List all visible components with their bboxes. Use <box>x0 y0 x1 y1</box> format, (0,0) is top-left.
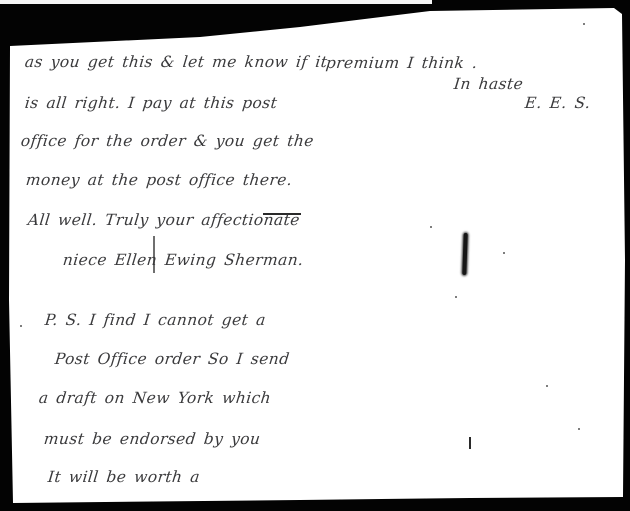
speck <box>20 325 22 327</box>
scanner-background-strip <box>0 0 432 4</box>
letter-line: as you get this & let me know if it <box>24 53 328 71</box>
letter-line: premium I think . <box>325 54 478 72</box>
stray-stroke-mark <box>469 437 471 449</box>
scanned-letter: as you get this & let me know if it is a… <box>0 0 630 511</box>
speck <box>583 23 585 25</box>
signature-line: niece Ellen Ewing Sherman. <box>62 251 304 269</box>
speck <box>430 226 432 228</box>
speck <box>455 296 457 298</box>
speck <box>546 385 548 387</box>
postscript-line: It will be worth a <box>47 468 201 486</box>
postscript-line: a draft on New York which <box>38 389 272 407</box>
closing-line: In haste <box>453 75 524 93</box>
initials-line: E. E. S. <box>524 94 591 112</box>
letter-line: All well. Truly your affectionate <box>27 211 301 229</box>
speck <box>578 428 580 430</box>
postscript-line: must be endorsed by you <box>43 430 261 448</box>
speck <box>503 252 505 254</box>
postscript-line: Post Office order So I send <box>54 350 290 368</box>
letter-line: is all right. I pay at this post <box>24 94 278 112</box>
postscript-line: P. S. I find I cannot get a <box>44 311 267 329</box>
letter-line: money at the post office there. <box>25 171 293 189</box>
letter-line: office for the order & you get the <box>20 132 315 150</box>
